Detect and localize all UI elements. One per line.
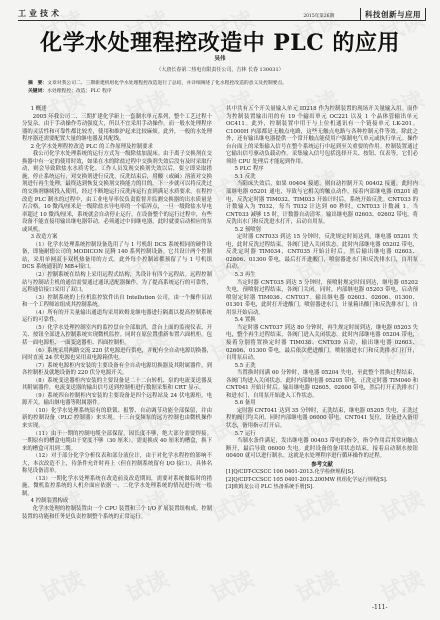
section-heading: 5.6 备用 — [226, 400, 418, 408]
paragraph: 其中共有五个开关量输入单元 ID218 作为控制装置的现场开关量输入用。而作为控… — [226, 106, 418, 166]
paragraph: （11）由于一期的控制电缆全部保留，因长度不够，绝大部分需要焊接。一期原有的槽盒… — [22, 431, 212, 454]
paragraph: （12）对于部分化学分析仪表和部分液位计，由于对化学水程控的影响不大，本次改造不… — [22, 453, 212, 476]
article-title: 化学水处理程控改造中 PLC 的应用 — [0, 26, 440, 57]
paragraph: （8）系统变送器柜内安装的主要设备是二十二台转机、泵的电流变送器及其附属器件，电… — [22, 378, 212, 393]
abstract-block: 摘 要：文章对我公司二、三期新建机组化学水处理程控改造进行了总结，并详细阐述了化… — [28, 80, 420, 96]
reference-item: [3]欧姆龙公司 PLC 热备系统手册[S]. — [226, 484, 418, 492]
paragraph: （7）系统电源柜内安装的主要设备有全自动电源切换器及其附属器件，到各控制柜及就地… — [22, 363, 212, 378]
paragraph: （5）化学水处理控制室内的监控盘台全部取消，盘台上面的监视仪表、开关、按钮全部进… — [22, 325, 212, 348]
paragraph: （13）一期化学水处理系统在改造前及改造期间，需要对系统做临时的措施。微机监控系… — [22, 476, 212, 499]
author: 吴伟 — [0, 54, 440, 62]
section-heading: 3 改造方案 — [22, 234, 212, 242]
paragraph: 当阳床失效后，如果 00404 接通，则自动控制开关 00402 接通。此时内部… — [226, 181, 418, 226]
keywords-text: 水处理程控；改造；PLC 程序 — [47, 89, 111, 94]
paragraph: 2005 年我公司二、三期扩建化学新上一套制水单元系列，整个工艺过程十分复杂。由… — [22, 114, 212, 144]
left-column: 1 概述2005 年我公司二、三期扩建化学新上一套制水单元系列，整个工艺过程十分… — [22, 106, 212, 521]
paragraph: 化学水处理的控制装置由一个 CPU 装置和三个 I/O 扩展装置组构成。控制装置… — [22, 506, 212, 521]
watermark-text: 试读 — [121, 562, 174, 609]
journal-name: 工业技术 — [18, 8, 62, 19]
paragraph: （1）化学水处理系统控制设备选用了与 1 号机组 DCS 系统相同的硬件设备，即… — [22, 242, 212, 272]
section-heading: 5 PLC 程序 — [226, 166, 418, 174]
abstract-text: 文章对我公司二、三期新建机组化学水处理程控改造进行了总结，并详细阐述了化水程控改… — [47, 81, 287, 86]
affiliation: （大唐长春第二热电有限责任公司，吉林 长春 130031） — [0, 66, 440, 73]
right-column: 其中共有五个开关量输入单元 ID218 作为控制装置的现场开关量输入用。而作为控… — [226, 106, 418, 492]
paragraph: 当制水条件满足，发出继电器 00403 带电的指令，指令作用后其常闭触点断开，最… — [226, 438, 418, 461]
paragraph: （2）控制系统在结构上采用远程式结构，共设计有四个远程站。远程控制站与控制站主机… — [22, 272, 212, 295]
section-heading: 4 控制装置构成 — [22, 498, 212, 506]
section-heading: 5.5 正洗 — [226, 363, 418, 371]
abstract-label: 摘 要： — [28, 81, 47, 86]
keywords: 关键词：水处理程控；改造；PLC 程序 — [28, 88, 420, 96]
paragraph: （9）系统四台控制柜内安装的主要设备是四个远程站及 24 伏电源柜，电源开关，输… — [22, 393, 212, 408]
abstract: 摘 要：文章对我公司二、三期新建机组化学水处理程控改造进行了总结，并详细阐述了化… — [28, 80, 420, 88]
watermark-text: 试读 — [36, 562, 89, 609]
paragraph: 当置换时间满 60 分钟时，继电器 05204 失电，至此整个置换过程结束，各阀… — [226, 370, 418, 400]
paragraph: 定时器 CNT033 到达 15 分钟时，反洗规定时间达到，继电器 05201 … — [226, 234, 418, 272]
issue-number: 2015年第26期 — [303, 13, 334, 19]
watermark-text: 试读 — [206, 562, 259, 609]
section-label: 科技创新与应用 — [360, 8, 426, 20]
keywords-label: 关键词： — [28, 89, 47, 94]
section-heading: 5.3 再生 — [226, 272, 418, 280]
watermark-text: 试读 — [376, 562, 429, 609]
section-heading: 1 概述 — [22, 106, 212, 114]
paragraph: （4）所有的开关量输出通道均采用欧姆龙继电器进行隔离以提高控制系统运行的可靠性。 — [22, 310, 212, 325]
paragraph: 当定时器 CNT037 到达 80 分钟时，再生规定时间到达，继电器 05203… — [226, 325, 418, 363]
reference-item: [1]Q/CDT-CCSCC 106 0401-2013.化学检修规程[S]. — [226, 469, 418, 477]
page-header: 工业技术 2015年第26期 科技创新与应用 — [18, 6, 426, 21]
page-number: -111- — [372, 604, 388, 611]
watermark-text: 试读 — [291, 562, 344, 609]
section-heading: 5.4 置换 — [226, 317, 418, 325]
paragraph: 我公司化学水处理系统的运行方式为一级除盐加混床。由于离子交换剂在交换器中有一定的… — [22, 151, 212, 234]
paragraph: 当定时器 CNT035 到达 5 分钟时，预喷射规定时间到达，继电器 05202… — [226, 280, 418, 318]
paragraph: （10）化学水处理系统原有的联锁、报警、自动调节功能全部保留，并由新的控制设备（… — [22, 408, 212, 431]
paragraph: 定时器 CNT041 达到 35 分钟时，正洗结束，继电器 05205 失电，正… — [226, 408, 418, 431]
paragraph: （3）控制系统的上位机监控软件出自 Intellution 公司，由一个操作员站… — [22, 295, 212, 310]
paragraph: （6）系统采用两路交流 220 伏电源进行供电，并配有全自动电源切换器，同时直流… — [22, 348, 212, 363]
section-heading: 5.7 运行 — [226, 431, 418, 439]
